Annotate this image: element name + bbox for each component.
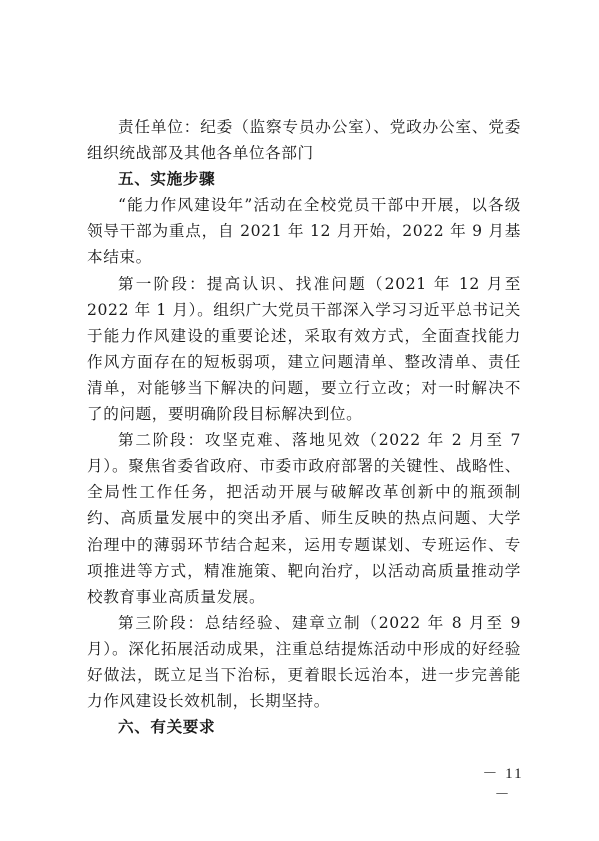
- phase-two-paragraph: 第二阶段：攻坚克难、落地见效（2022 年 2 月至 7 月）。聚焦省委省政府、…: [87, 427, 521, 610]
- page-number: － 11 －: [478, 762, 528, 804]
- section-heading-implementation-steps: 五、实施步骤: [87, 166, 521, 192]
- phase-one-paragraph: 第一阶段：提高认识、找准问题（2021 年 12 月至 2022 年 1 月）。…: [87, 271, 521, 428]
- activity-overview-paragraph: “能力作风建设年”活动在全校党员干部中开展，以各级领导干部为重点，自 2021 …: [87, 192, 521, 270]
- section-heading-requirements: 六、有关要求: [87, 714, 521, 740]
- document-body: 责任单位：纪委（监察专员办公室）、党政办公室、党委组织统战部及其他各单位各部门 …: [87, 114, 521, 740]
- phase-three-paragraph: 第三阶段：总结经验、建章立制（2022 年 8 月至 9 月）。深化拓展活动成果…: [87, 610, 521, 714]
- responsible-units-paragraph: 责任单位：纪委（监察专员办公室）、党政办公室、党委组织统战部及其他各单位各部门: [87, 114, 521, 166]
- document-page: 责任单位：纪委（监察专员办公室）、党政办公室、党委组织统战部及其他各单位各部门 …: [0, 0, 599, 841]
